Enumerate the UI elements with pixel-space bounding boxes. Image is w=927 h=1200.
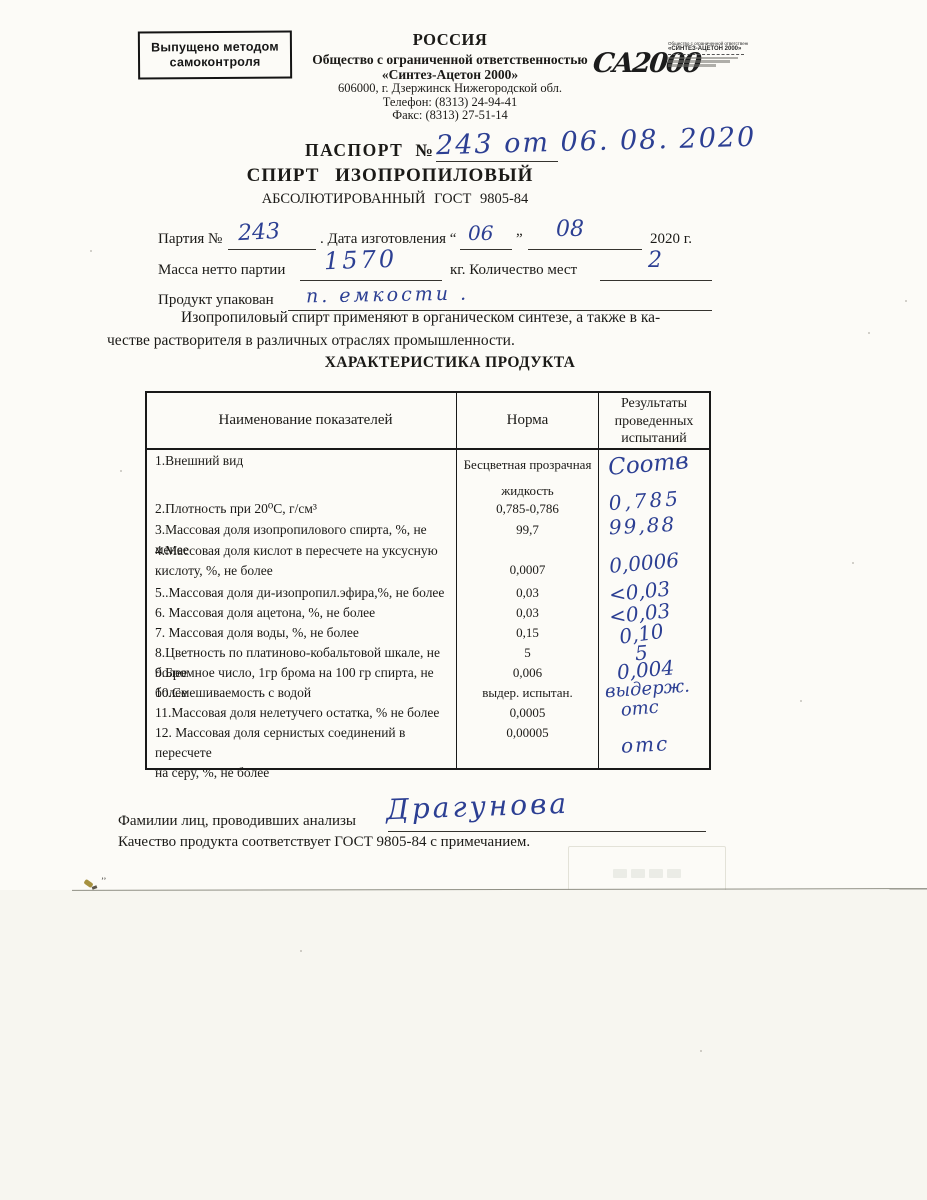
row-name: 8.Цветность по платиново-кобальтовой шка… [147, 642, 457, 662]
row-norm: Бесцветная прозрачная жидкость [457, 450, 599, 498]
row-name: 7. Массовая доля воды, %, не более [147, 622, 457, 642]
passport-label: ПАСПОРТ № [305, 140, 434, 161]
quality-statement: Качество продукта соответствует ГОСТ 980… [118, 834, 530, 851]
stamp-line1: Выпущено методом [151, 40, 279, 56]
row-name: 5..Массовая доля ди-изопропил.эфира,%, н… [147, 582, 457, 602]
org-phone: Телефон: (8313) 24-94-41 [280, 96, 620, 110]
row-norm: 99,7 [457, 519, 599, 540]
row-name: 11.Массовая доля нелетучего остатка, % н… [147, 702, 457, 722]
org-fax: Факс: (8313) 27-51-14 [280, 109, 620, 123]
mass-value-handwritten: 1570 [324, 245, 398, 276]
places-label: кг. Количество мест [450, 262, 577, 279]
row-norm: 0,03 [457, 602, 599, 622]
logo-caption-separator [668, 54, 744, 55]
scan-speckle [800, 700, 802, 702]
row-norm: 0,006 [457, 662, 599, 682]
party-label: Партия № [158, 231, 222, 248]
row-norm: 0,0007 [457, 540, 599, 582]
paper-mark: ’’ [101, 876, 106, 886]
places-value-handwritten: 2 [648, 248, 662, 273]
row-name-line1: 12. Массовая доля сернистых соединений в… [155, 723, 456, 763]
date-day-handwritten: 06 [468, 221, 493, 245]
characteristics-table: Наименование показателей Норма Результат… [145, 391, 711, 770]
row-norm: 0,785-0,786 [457, 498, 599, 519]
date-month-handwritten: 08 [556, 217, 584, 242]
table-row: 12. Массовая доля сернистых соединений в… [147, 722, 709, 768]
party-value-handwritten: 243 [237, 219, 280, 246]
faded-stamp-marks [613, 869, 681, 878]
scan-speckle [852, 562, 854, 564]
row-result-handwritten: отс [598, 719, 710, 771]
description-line2: честве растворителя в различных отраслях… [107, 330, 802, 353]
packed-value-handwritten: п. емкости . [306, 283, 469, 308]
table-row: 6. Массовая доля ацетона, %, не более 0,… [147, 602, 709, 622]
scan-speckle [700, 1050, 702, 1052]
product-subtitle: АБСОЛЮТИРОВАННЫЙ ГОСТ 9805-84 [230, 191, 560, 208]
table-row: 5..Массовая доля ди-изопропил.эфира,%, н… [147, 582, 709, 602]
row-name-line1: 4.Массовая доля кислот в пересчете на ук… [155, 541, 456, 561]
row-norm: выдер. испытан. [457, 682, 599, 702]
scanner-background [0, 890, 927, 1200]
row-name: 1.Внешний вид [147, 450, 457, 498]
date-day-underline [460, 249, 512, 250]
row-norm: 0,15 [457, 622, 599, 642]
header-norm: Норма [457, 393, 599, 448]
logo-fineprint-line [668, 64, 716, 66]
passport-number-handwritten: 243 от 06. 08. 2020 [436, 122, 757, 161]
row-name: 10.Смешиваемость с водой [147, 682, 457, 702]
date-year: 2020 г. [650, 231, 692, 248]
signature-underline [388, 831, 706, 832]
analyst-signature-handwritten: Драгунова [385, 787, 569, 826]
product-title: СПИРТ ИЗОПРОПИЛОВЫЙ [245, 165, 535, 187]
letterhead: РОССИЯ Общество с ограниченной ответстве… [280, 30, 620, 123]
section-title: ХАРАКТЕРИСТИКА ПРОДУКТА [250, 354, 650, 372]
logo-fineprint-line [668, 60, 730, 62]
scan-speckle [642, 142, 644, 144]
org-name-line1: Общество с ограниченной ответственностью [280, 53, 620, 68]
row-name: 2.Плотность при 20⁰С, г/см³ [147, 498, 457, 519]
self-control-stamp: Выпущено методом самоконтроля [138, 30, 292, 79]
scan-speckle [868, 332, 870, 334]
table-row: 7. Массовая доля воды, %, не более 0,15 … [147, 622, 709, 642]
row-name-line2: на серу, %, не более [155, 763, 456, 783]
header-results: Результаты проведенных испытаний [599, 393, 709, 448]
scan-speckle [120, 470, 122, 472]
row-norm-line1: Бесцветная прозрачная [457, 452, 598, 478]
row-norm: 0,00005 [457, 722, 599, 768]
mass-underline [300, 280, 442, 281]
org-address: 606000, г. Дзержинск Нижегородской обл. [280, 82, 620, 96]
faded-mark [667, 869, 681, 878]
org-name-line2: «Синтез-Ацетон 2000» [280, 68, 620, 83]
logo-caption-line2: «СИНТЕЗ-АЦЕТОН 2000» [668, 46, 748, 52]
faded-mark [631, 869, 645, 878]
table-header-row: Наименование показателей Норма Результат… [147, 393, 709, 450]
row-name: 3.Массовая доля изопропилового спирта, %… [147, 519, 457, 540]
scan-speckle [300, 950, 302, 952]
party-underline [228, 249, 316, 250]
row-name: 4.Массовая доля кислот в пересчете на ук… [147, 540, 457, 582]
mass-label: Масса нетто партии [158, 262, 285, 279]
date-month-underline [528, 249, 642, 250]
date-close-quote: ” [516, 231, 523, 248]
row-name-line2: кислоту, %, не более [155, 561, 456, 581]
table-row: 11.Массовая доля нелетучего остатка, % н… [147, 702, 709, 722]
country-title: РОССИЯ [280, 30, 620, 50]
row-name: 12. Массовая доля сернистых соединений в… [147, 722, 457, 768]
scan-speckle [90, 250, 92, 252]
faded-mark [649, 869, 663, 878]
header-name: Наименование показателей [147, 393, 457, 448]
places-underline [600, 280, 712, 281]
analysts-label: Фамилии лиц, проводивших анализы [118, 813, 356, 830]
table-row: 3.Массовая доля изопропилового спирта, %… [147, 519, 709, 540]
scan-speckle [905, 300, 907, 302]
description-line1: Изопропиловый спирт применяют в органиче… [107, 307, 802, 330]
row-norm: 0,03 [457, 582, 599, 602]
stamp-line2: самоконтроля [170, 55, 261, 71]
row-name: 9.Бромное число, 1гр брома на 100 гр спи… [147, 662, 457, 682]
table-row: 4.Массовая доля кислот в пересчете на ук… [147, 540, 709, 582]
row-norm: 0,0005 [457, 702, 599, 722]
row-norm: 5 [457, 642, 599, 662]
company-logo-caption: Общество с ограниченной ответственностью… [668, 41, 748, 68]
logo-fineprint-line [668, 57, 738, 59]
document-scan: Выпущено методом самоконтроля РОССИЯ Общ… [0, 0, 927, 1200]
faded-mark [613, 869, 627, 878]
passport-underline [436, 161, 558, 162]
row-name: 6. Массовая доля ацетона, %, не более [147, 602, 457, 622]
description-paragraph: Изопропиловый спирт применяют в органиче… [107, 307, 802, 352]
